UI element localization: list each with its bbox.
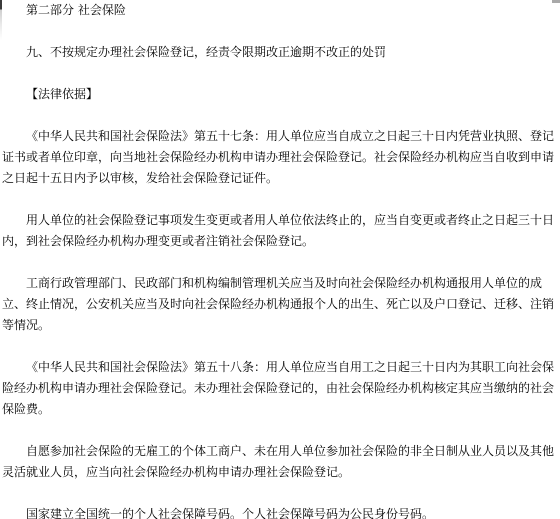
part-title: 第二部分 社会保险 <box>2 0 558 21</box>
document-page: 第二部分 社会保险 九、不按规定办理社会保险登记，经责令限期改正逾期不改正的处罚… <box>0 0 560 519</box>
paragraph-law-article-57: 《中华人民共和国社会保险法》第五十七条：用人单位应当自成立之日起三十日内凭营业执… <box>2 126 558 189</box>
paragraph-law-article-58: 《中华人民共和国社会保险法》第五十八条：用人单位应当自用工之日起三十日内为其职工… <box>2 357 558 420</box>
paragraph-registration-change: 用人单位的社会保险登记事项发生变更或者用人单位依法终止的，应当自变更或者终止之日… <box>2 210 558 252</box>
legal-basis-heading: 【法律依据】 <box>2 84 558 105</box>
section-title: 九、不按规定办理社会保险登记，经责令限期改正逾期不改正的处罚 <box>2 42 558 63</box>
paragraph-national-ssn: 国家建立全国统一的个人社会保障号码。个人社会保障号码为公民身份号码。 <box>2 504 558 519</box>
paragraph-agency-notification: 工商行政管理部门、民政部门和机构编制管理机关应当及时向社会保险经办机构通报用人单… <box>2 273 558 336</box>
paragraph-voluntary-participants: 自愿参加社会保险的无雇工的个体工商户、未在用人单位参加社会保险的非全日制从业人员… <box>2 441 558 483</box>
